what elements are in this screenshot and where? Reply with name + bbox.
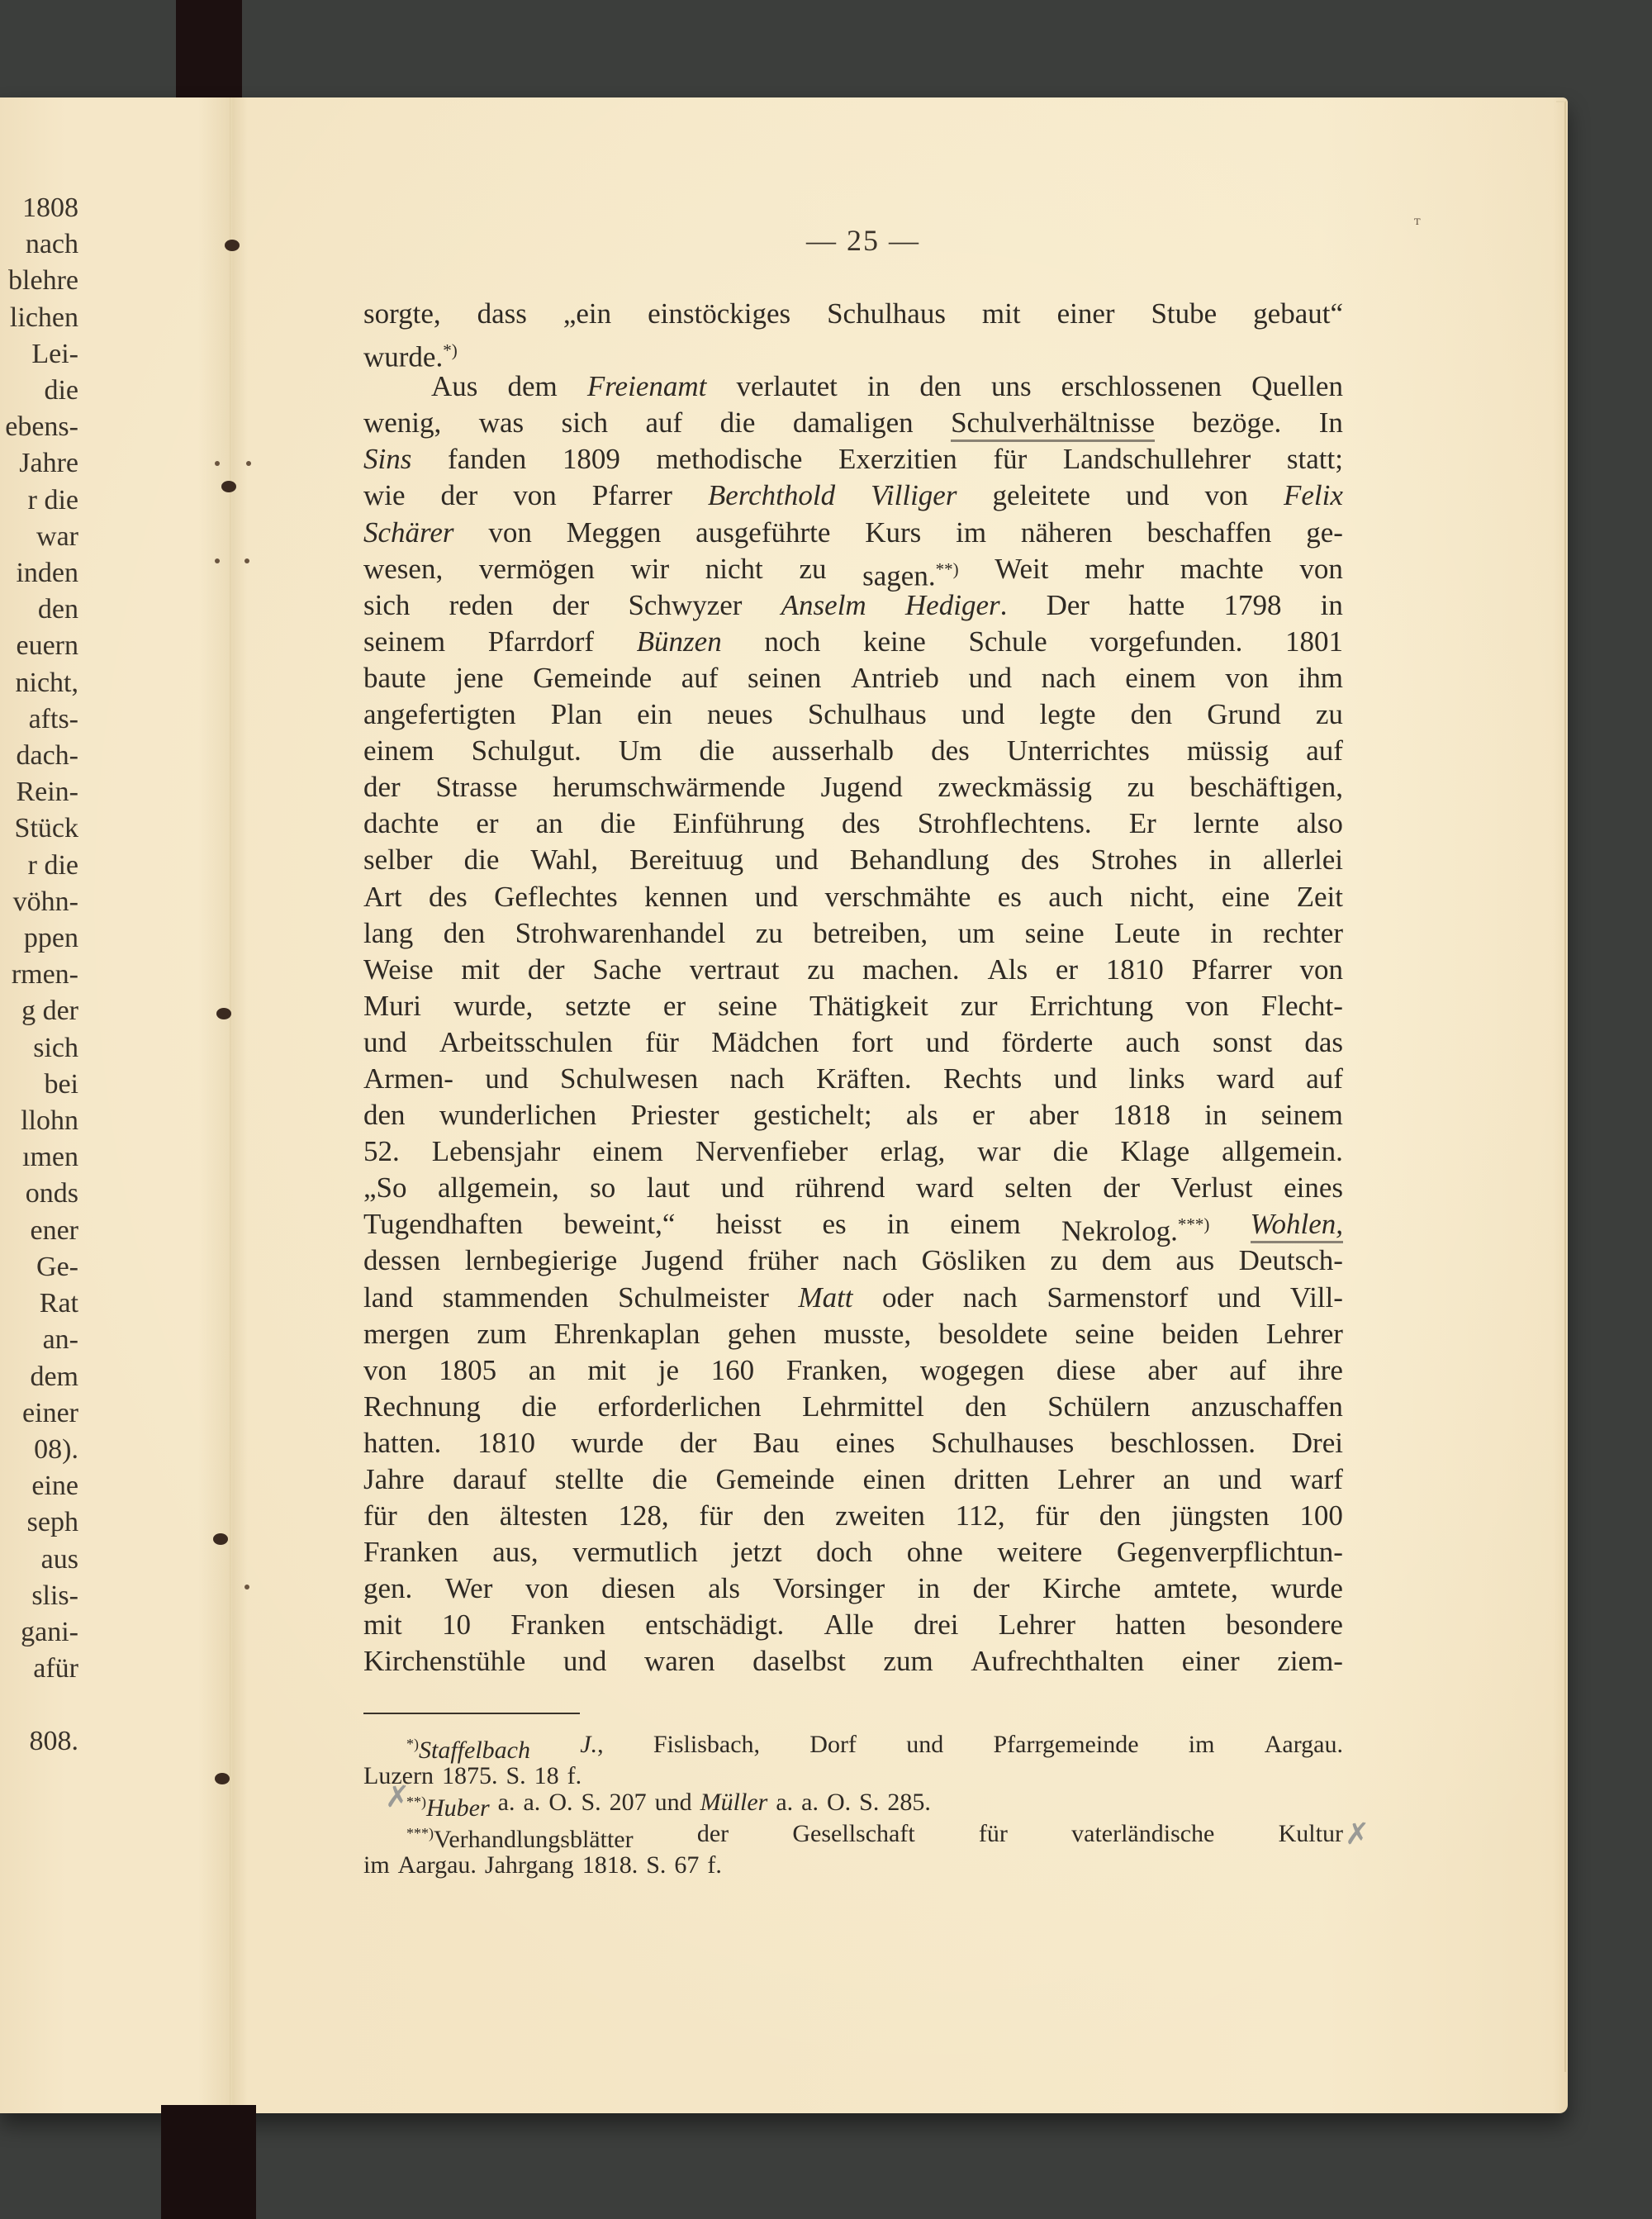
- word: er: [972, 1097, 995, 1133]
- word: im: [1189, 1732, 1215, 1763]
- word: neues: [707, 696, 773, 733]
- word: Schulhaus: [827, 296, 946, 332]
- word: Ehrenkaplan: [554, 1316, 700, 1352]
- word: mehr: [1085, 551, 1144, 587]
- word: zu: [1050, 1243, 1077, 1279]
- word: fort: [852, 1024, 894, 1061]
- word: den: [363, 1097, 406, 1133]
- word: O.: [548, 1789, 572, 1821]
- word: Schulwesen: [560, 1061, 698, 1097]
- left-page-line: g der: [0, 993, 78, 1029]
- word: herumschwärmende: [553, 769, 786, 805]
- word: und: [563, 1643, 607, 1680]
- word: Dorf: [809, 1732, 857, 1763]
- left-page-line: den: [0, 592, 78, 628]
- word: Jugend: [642, 1243, 724, 1279]
- left-page-line: afür: [0, 1651, 78, 1687]
- word: die: [1053, 1133, 1089, 1170]
- text-line: einemSchulgut.UmdieausserhalbdesUnterric…: [363, 733, 1343, 769]
- word: drei: [914, 1607, 958, 1643]
- binding-hole-icon: [221, 481, 236, 492]
- word: Klage: [1121, 1133, 1190, 1170]
- pencil-mark-icon: ✗: [1345, 1817, 1370, 1851]
- word: methodische: [656, 441, 802, 478]
- text-line: wiedervonPfarrerBerchtholdVilligergeleit…: [363, 478, 1343, 514]
- word: Schülern: [1047, 1389, 1150, 1425]
- word: den: [965, 1389, 1007, 1425]
- word: ihre: [1298, 1352, 1343, 1389]
- word: Vill-: [1290, 1280, 1343, 1316]
- word: von: [1205, 478, 1249, 514]
- word: S.: [646, 1852, 666, 1879]
- word: Schulhauses: [931, 1425, 1074, 1461]
- word: 1801: [1285, 624, 1343, 660]
- word: Jahre: [363, 1461, 425, 1498]
- word: ge-: [1306, 515, 1343, 551]
- text-line: WeisemitderSachevertrautzumachen.Alser18…: [363, 952, 1343, 988]
- word: was: [479, 405, 524, 441]
- word: in: [1209, 842, 1232, 878]
- text-line: wenig,wassichaufdiedamaligenSchulverhält…: [363, 405, 1343, 441]
- word: vertraut: [690, 952, 780, 988]
- word: musste,: [824, 1316, 911, 1352]
- word: auf: [1306, 1061, 1343, 1097]
- word: mergen: [363, 1316, 449, 1352]
- word: *)Staffelbach: [406, 1732, 530, 1763]
- corner-mark: ᵀ: [1414, 216, 1421, 234]
- left-page-line: vöhn-: [0, 884, 78, 920]
- word: ältesten: [500, 1498, 588, 1534]
- word: in: [918, 1570, 940, 1607]
- word: betreiben,: [813, 915, 928, 952]
- text-line: undArbeitsschulenfürMädchenfortundförder…: [363, 1024, 1343, 1061]
- word: Bereituug: [629, 842, 743, 878]
- word: und: [1054, 1061, 1098, 1097]
- body-text: sorgte,dass„eineinstöckigesSchulhausmite…: [363, 296, 1343, 1680]
- word: dass: [477, 296, 527, 332]
- word: verschmähte: [824, 879, 971, 915]
- word: in: [1204, 1097, 1227, 1133]
- word: zu: [799, 551, 826, 587]
- word: beiden: [1161, 1316, 1238, 1352]
- word: Der: [1047, 587, 1089, 624]
- word: eines: [1284, 1170, 1343, 1206]
- word: rechter: [1263, 915, 1343, 952]
- text-line: landstammendenSchulmeisterMattodernachSa…: [363, 1280, 1343, 1316]
- word: aus,: [492, 1534, 538, 1570]
- word: Sache: [592, 952, 662, 988]
- word: dessen: [363, 1243, 440, 1279]
- word: 1805: [439, 1352, 496, 1389]
- word: allgemein,: [438, 1170, 559, 1206]
- left-page-line: die: [0, 373, 78, 409]
- word: sorgte,: [363, 296, 441, 332]
- text-line: Armen-undSchulwesennachKräften.Rechtsund…: [363, 1061, 1343, 1097]
- word: im: [363, 1852, 390, 1879]
- word: eines: [836, 1425, 895, 1461]
- word: es: [998, 879, 1022, 915]
- left-page-line: Stück: [0, 810, 78, 847]
- left-page-line: sich: [0, 1030, 78, 1067]
- pencil-mark-icon: ✗: [385, 1780, 410, 1814]
- word: Aufrechthalten: [971, 1643, 1144, 1680]
- left-page-line: euern: [0, 628, 78, 664]
- word: seine: [718, 988, 777, 1024]
- word: er: [663, 988, 686, 1024]
- word: stammenden: [443, 1280, 589, 1316]
- word: Strohes: [1091, 842, 1178, 878]
- word: seinem: [363, 624, 445, 660]
- word: die: [720, 405, 756, 441]
- word: links: [1128, 1061, 1184, 1097]
- word: selber: [363, 842, 433, 878]
- text-line: „Soallgemein,solautundrührendwardseltend…: [363, 1170, 1343, 1206]
- footnote-line: *)StaffelbachJ.,Fislisbach,DorfundPfarrg…: [363, 1732, 1343, 1763]
- word: vermutlich: [572, 1534, 698, 1570]
- text-line: fürdenältesten128,fürdenzweiten112,fürde…: [363, 1498, 1343, 1534]
- word: Mädchen: [711, 1024, 819, 1061]
- word: 10: [442, 1607, 471, 1643]
- word: des: [1021, 842, 1060, 878]
- word: der: [680, 1425, 717, 1461]
- word: Bünzen: [637, 624, 722, 660]
- word: Tugendhaften: [363, 1206, 523, 1243]
- word: uns: [991, 368, 1032, 405]
- word: sonst: [1213, 1024, 1272, 1061]
- word: anzuschaffen: [1191, 1389, 1343, 1425]
- word: Deutsch-: [1239, 1243, 1343, 1279]
- word: wurde,: [453, 988, 533, 1024]
- word: aber: [1147, 1352, 1197, 1389]
- text-line: Muriwurde,setzteerseineThätigkeitzurErri…: [363, 988, 1343, 1024]
- word: Lehrer: [999, 1607, 1075, 1643]
- word: ausgeführte: [695, 515, 830, 551]
- word: gehen: [728, 1316, 797, 1352]
- word: er: [1056, 952, 1078, 988]
- word: f.: [707, 1852, 722, 1879]
- word: und: [1218, 1461, 1262, 1498]
- word: wenig,: [363, 405, 441, 441]
- word: für: [1035, 1498, 1069, 1534]
- word: einer: [1057, 296, 1115, 332]
- word: legte: [1039, 696, 1095, 733]
- word: 1809: [563, 441, 620, 478]
- left-page-line: Ge-: [0, 1249, 78, 1285]
- text-line: wurde.*): [363, 332, 1343, 368]
- footnote-line: ***)VerhandlungsblätterderGesellschaftfü…: [363, 1821, 1343, 1852]
- word: wogegen: [920, 1352, 1024, 1389]
- word: baute: [363, 660, 426, 696]
- word: Zeit: [1297, 879, 1343, 915]
- word: Einführung: [673, 805, 805, 842]
- word: der: [553, 587, 590, 624]
- word: S.: [506, 1763, 525, 1789]
- word: und: [1126, 478, 1170, 514]
- word: die: [464, 842, 500, 878]
- word: in: [887, 1206, 909, 1243]
- word: so: [590, 1170, 615, 1206]
- word: wir: [630, 551, 669, 587]
- left-page-line: an-: [0, 1322, 78, 1358]
- text-line: Tugendhaftenbeweint,“heisstesineinemNekr…: [363, 1206, 1343, 1243]
- word: 1818: [1113, 1097, 1170, 1133]
- left-page-line: ımen: [0, 1139, 78, 1176]
- word: 1810: [1106, 952, 1164, 988]
- text-line: KirchenstühleundwarendaselbstzumAufrecht…: [363, 1643, 1343, 1680]
- word: hatte: [1128, 587, 1184, 624]
- word: auf: [645, 405, 682, 441]
- text-line: dessenlernbegierigeJugendfrühernachGösli…: [363, 1243, 1343, 1279]
- page-edge: [1556, 101, 1566, 2072]
- left-page-last-line: 808.: [0, 1723, 78, 1760]
- binding-hole-icon: [215, 1773, 230, 1784]
- word: 112,: [956, 1498, 1005, 1534]
- word: allgemein.: [1222, 1133, 1343, 1170]
- left-page-line: ener: [0, 1213, 78, 1249]
- footnote-line: **)Hubera.a.O.S.207undMüllera.a.O.S.285.: [363, 1789, 1343, 1821]
- bookmark-ribbon-bottom: [161, 2105, 256, 2219]
- word: ohne: [907, 1534, 963, 1570]
- word: an: [1163, 1461, 1190, 1498]
- word: auch: [1048, 879, 1103, 915]
- word: von: [1225, 660, 1269, 696]
- word: nach: [1042, 660, 1096, 696]
- word: Aargau.: [398, 1852, 477, 1879]
- text-line: von1805anmitje160Franken,wogegendieseabe…: [363, 1352, 1343, 1389]
- word: wunderlichen: [439, 1097, 596, 1133]
- word: dritten: [954, 1461, 1029, 1498]
- word: Er: [1129, 805, 1156, 842]
- text-line: wesen,vermögenwirnichtzusagen.**)Weitmeh…: [363, 551, 1343, 587]
- word: sagen.**): [862, 551, 958, 587]
- word: 285.: [887, 1789, 931, 1821]
- word: „ein: [563, 296, 611, 332]
- word: diese: [1056, 1352, 1116, 1389]
- word: mit: [363, 1607, 402, 1643]
- word: nach: [963, 1280, 1018, 1316]
- word: Nervenfieber: [695, 1133, 848, 1170]
- word: Sarmenstorf: [1047, 1280, 1188, 1316]
- word: den: [1099, 1498, 1142, 1534]
- word: für: [363, 1498, 397, 1534]
- word: ausserhalb: [771, 733, 894, 769]
- word: Rechnung: [363, 1389, 481, 1425]
- word: heisst: [716, 1206, 782, 1243]
- word: Schwyzer: [628, 587, 742, 624]
- word: O.: [827, 1789, 851, 1821]
- word: einem: [363, 733, 434, 769]
- word: jetzt: [732, 1534, 781, 1570]
- word: Wohlen,: [1251, 1206, 1343, 1243]
- word: je: [658, 1352, 679, 1389]
- word: lernbegierige: [465, 1243, 618, 1279]
- word: und: [906, 1732, 943, 1763]
- word: von: [363, 1352, 407, 1389]
- word: Als: [987, 952, 1028, 988]
- word: gestichelt;: [753, 1097, 872, 1133]
- word: den: [919, 368, 961, 405]
- word: seinen: [748, 660, 821, 696]
- word: hatten.: [363, 1425, 441, 1461]
- word: Vorsinger: [773, 1570, 885, 1607]
- word: 1810: [477, 1425, 535, 1461]
- word: seine: [1025, 915, 1085, 952]
- word: sich: [562, 405, 608, 441]
- left-page-line: llohn: [0, 1103, 78, 1139]
- word: seine: [1075, 1316, 1134, 1352]
- word: lang: [363, 915, 413, 952]
- word: des: [842, 805, 881, 842]
- word: diesen: [601, 1570, 675, 1607]
- word: und: [721, 1170, 765, 1206]
- word: ihm: [1298, 660, 1343, 696]
- word: besoldete: [938, 1316, 1047, 1352]
- text-line: Sinsfanden1809methodischeExerzitienfürLa…: [363, 441, 1343, 478]
- word: also: [1297, 805, 1343, 842]
- word: Schulgut.: [472, 733, 582, 769]
- word: ward: [1217, 1061, 1275, 1097]
- word: Müller: [700, 1789, 768, 1821]
- word: der: [528, 952, 565, 988]
- word: 52.: [363, 1133, 400, 1170]
- word: war: [977, 1133, 1020, 1170]
- word: Leute: [1114, 915, 1180, 952]
- word: doch: [816, 1534, 872, 1570]
- word: Wahl,: [530, 842, 598, 878]
- word: Pfarrdorf: [488, 624, 594, 660]
- left-page-line: 08).: [0, 1432, 78, 1468]
- word: in: [867, 368, 890, 405]
- word: den: [428, 1498, 470, 1534]
- binding-dot-icon: [215, 558, 220, 563]
- word: a.: [523, 1789, 540, 1821]
- word: Rechts: [943, 1061, 1022, 1097]
- word: 128,: [618, 1498, 668, 1534]
- word: Schule: [968, 624, 1047, 660]
- footnote-line: imAargau.Jahrgang1818.S.67f.: [363, 1852, 1343, 1879]
- word: erlag,: [881, 1133, 946, 1170]
- word: Drei: [1292, 1425, 1343, 1461]
- binding-dot-icon: [215, 461, 220, 466]
- word: Kurs: [865, 515, 921, 551]
- word: Felix: [1284, 478, 1343, 514]
- word: Freienamt: [587, 368, 707, 405]
- word: wurde: [1270, 1570, 1342, 1607]
- word: von: [1299, 551, 1343, 587]
- word: Geflechtes: [494, 879, 618, 915]
- word: 1818.: [582, 1852, 638, 1879]
- word: 1875.: [442, 1763, 498, 1789]
- word: wesen,: [363, 551, 443, 587]
- word: Quellen: [1251, 368, 1343, 405]
- word: dem: [1102, 1243, 1151, 1279]
- word: vorgefunden.: [1089, 624, 1242, 660]
- word: auch: [1126, 1024, 1180, 1061]
- word: land: [363, 1280, 413, 1316]
- word: auf: [681, 660, 719, 696]
- word: Landschullehrer: [1063, 441, 1251, 478]
- word: amtete,: [1154, 1570, 1238, 1607]
- left-page-line: Rein-: [0, 774, 78, 810]
- word: Gösliken: [922, 1243, 1026, 1279]
- word: verlautet: [736, 368, 837, 405]
- left-page-line: blehre: [0, 263, 78, 299]
- word: beschäftigen,: [1189, 769, 1343, 805]
- word: eine: [1222, 879, 1270, 915]
- word: Strohflechtens.: [918, 805, 1092, 842]
- word: und: [969, 660, 1013, 696]
- word: Gemeinde: [716, 1461, 835, 1498]
- word: mit: [982, 296, 1021, 332]
- word: erschlossenen: [1061, 368, 1222, 405]
- word: Pfarrer: [592, 478, 672, 514]
- word: rührend: [795, 1170, 885, 1206]
- word: daselbst: [752, 1643, 846, 1680]
- word: machen.: [862, 952, 960, 988]
- left-page-line: Rat: [0, 1285, 78, 1322]
- word: als: [906, 1097, 938, 1133]
- word: und: [655, 1789, 692, 1821]
- word: reden: [449, 587, 514, 624]
- word: Fislisbach,: [653, 1732, 760, 1763]
- word: zweckmässig: [938, 769, 1092, 805]
- left-page-line: einer: [0, 1395, 78, 1432]
- word: an: [529, 1352, 556, 1389]
- word: Weise: [363, 952, 434, 988]
- word: für: [699, 1498, 733, 1534]
- word: Lehrer: [1266, 1316, 1343, 1352]
- left-page-line: dach-: [0, 738, 78, 774]
- word: wurde: [572, 1425, 643, 1461]
- word: 207: [610, 1789, 647, 1821]
- word: Anselm: [781, 587, 866, 624]
- word: Pfarrgemeinde: [993, 1732, 1138, 1763]
- word: selten: [1004, 1170, 1072, 1206]
- left-page-line: seph: [0, 1504, 78, 1541]
- word: den: [444, 915, 486, 952]
- word: für: [993, 441, 1027, 478]
- binding-dot-icon: [244, 1585, 249, 1589]
- word: Muri: [363, 988, 421, 1024]
- word: Kräften.: [816, 1061, 912, 1097]
- word: Aus: [431, 368, 477, 405]
- word: keine: [863, 624, 926, 660]
- word: jene: [455, 660, 503, 696]
- word: a.: [801, 1789, 819, 1821]
- word: In: [1319, 405, 1343, 441]
- text-line: Frankenaus,vermutlichjetztdochohneweiter…: [363, 1534, 1343, 1570]
- word: S.: [859, 1789, 879, 1821]
- word: entschädigt.: [645, 1607, 784, 1643]
- word: machte: [1180, 551, 1264, 587]
- word: der: [1103, 1170, 1140, 1206]
- word: die: [699, 733, 734, 769]
- word: den: [1131, 696, 1173, 733]
- word: das: [1304, 1024, 1343, 1061]
- text-line: dachteerandieEinführungdesStrohflechtens…: [363, 805, 1343, 842]
- word: Franken,: [786, 1352, 888, 1389]
- text-line: seinemPfarrdorfBünzennochkeineSchulevorg…: [363, 624, 1343, 660]
- word: sich: [363, 587, 410, 624]
- word: Matt: [798, 1280, 852, 1316]
- word: Unterrichtes: [1007, 733, 1150, 769]
- word: nicht,: [1130, 879, 1195, 915]
- word: Jahrgang: [485, 1852, 574, 1879]
- word: „So: [363, 1170, 407, 1206]
- word: Strohwarenhandel: [515, 915, 726, 952]
- word: Grund: [1207, 696, 1280, 733]
- left-page-line: 1808: [0, 190, 78, 226]
